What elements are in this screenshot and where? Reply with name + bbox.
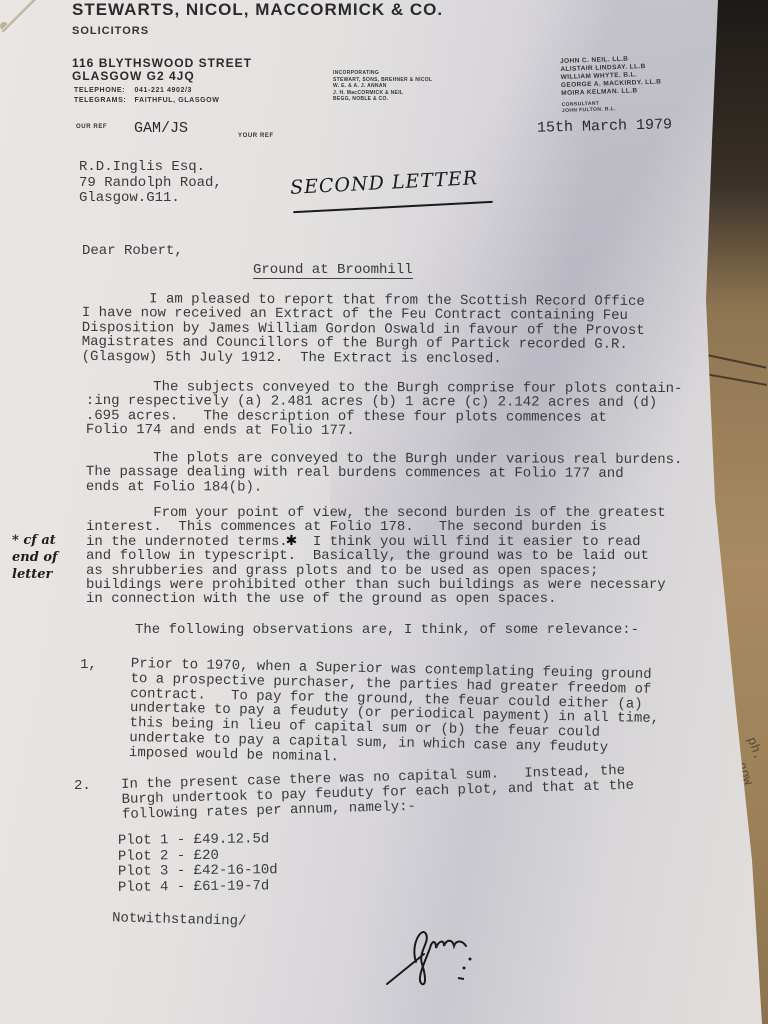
incorporating-item: STEWART, SONS, BREHNER & NICOL <box>333 77 432 84</box>
telephone-label: TELEPHONE: <box>74 87 132 94</box>
signature-icon <box>382 924 492 994</box>
telegrams-line: TELEGRAMS: FAITHFUL, GLASGOW <box>74 97 219 104</box>
plot-label: Plot 1 <box>118 832 169 849</box>
plot-label: Plot 2 <box>118 848 169 865</box>
incorporating-item: W. E. & A. J. ANNAN <box>333 83 432 90</box>
salutation: Dear Robert, <box>82 243 183 259</box>
asterisk-mark-icon: ✱ <box>286 529 297 551</box>
consultant-block: CONSULTANT JOHN FULTON. B.L. <box>562 98 663 113</box>
firm-name: STEWARTS, NICOL, MACCORMICK & CO. <box>72 0 443 20</box>
paragraph-5: The following observations are, I think,… <box>135 623 639 637</box>
handwritten-underline <box>293 201 493 213</box>
handwritten-margin-note: * cf at end of letter <box>12 532 58 583</box>
incorporating-item: BEGG, NOBLE & CO. <box>333 96 432 103</box>
incorporating-list: INCORPORATING STEWART, SONS, BREHNER & N… <box>333 70 432 103</box>
continuation-word: Notwithstanding/ <box>112 910 247 930</box>
paragraph-1: I am pleased to report that from the Sco… <box>82 292 645 367</box>
telegrams-label: TELEGRAMS: <box>74 97 132 104</box>
incorporating-item: J. H. MacCORMICK & NEIL <box>333 90 432 97</box>
plot-rate-row: Plot 1 - £49.12.5d <box>118 832 278 849</box>
firm-address-line2: GLASGOW G2 4JQ <box>72 69 195 83</box>
plot-rate: £42-16-10d <box>194 862 278 879</box>
item-2-number: 2. <box>74 778 91 794</box>
handwritten-heading: SECOND LETTER <box>290 167 479 199</box>
plot-rate: £20 <box>194 847 219 863</box>
our-ref-value: GAM/JS <box>134 120 188 137</box>
plot-label: Plot 3 <box>118 863 169 880</box>
plot-rate-row: Plot 4 - £61-19-7d <box>118 879 278 896</box>
item-1-number: 1, <box>80 657 97 673</box>
underlying-document-text: ph. <box>744 735 766 762</box>
paragraph-4: From your point of view, the second burd… <box>86 506 666 607</box>
telegrams-value: FAITHFUL, GLASGOW <box>135 97 220 104</box>
paragraph-3: The plots are conveyed to the Burgh unde… <box>86 451 683 496</box>
recipient-address: R.D.Inglis Esq. 79 Randolph Road, Glasgo… <box>79 160 222 207</box>
letter-page: STEWARTS, NICOL, MACCORMICK & CO. SOLICI… <box>0 0 768 1024</box>
your-ref-label: YOUR REF <box>238 133 274 139</box>
firm-address-line1: 116 BLYTHSWOOD STREET <box>72 56 252 70</box>
plot-label: Plot 4 <box>118 879 169 896</box>
letter-date: 15th March 1979 <box>537 116 672 137</box>
partners-list: JOHN C. NEIL. LL.B ALISTAIR LINDSAY. LL.… <box>560 54 662 113</box>
subject-heading: Ground at Broomhill <box>253 262 413 279</box>
item-2-text: In the present case there was no capital… <box>121 764 635 823</box>
telephone-value: 041-221 4902/3 <box>135 87 192 94</box>
plot-rate: £61-19-7d <box>194 878 270 895</box>
incorporating-heading: INCORPORATING <box>333 70 432 77</box>
telephone-line: TELEPHONE: 041-221 4902/3 <box>74 87 192 94</box>
pin-shaft <box>1 0 36 33</box>
plot-rate: £49.12.5d <box>194 831 270 848</box>
our-ref-label: OUR REF <box>76 124 107 130</box>
item-1-text: Prior to 1970, when a Superior was conte… <box>129 657 660 772</box>
plot-rates-list: Plot 1 - £49.12.5d Plot 2 - £20 Plot 3 -… <box>118 833 278 895</box>
paragraph-2: The subjects conveyed to the Burgh compr… <box>86 380 683 440</box>
firm-subtitle: SOLICITORS <box>72 25 149 37</box>
